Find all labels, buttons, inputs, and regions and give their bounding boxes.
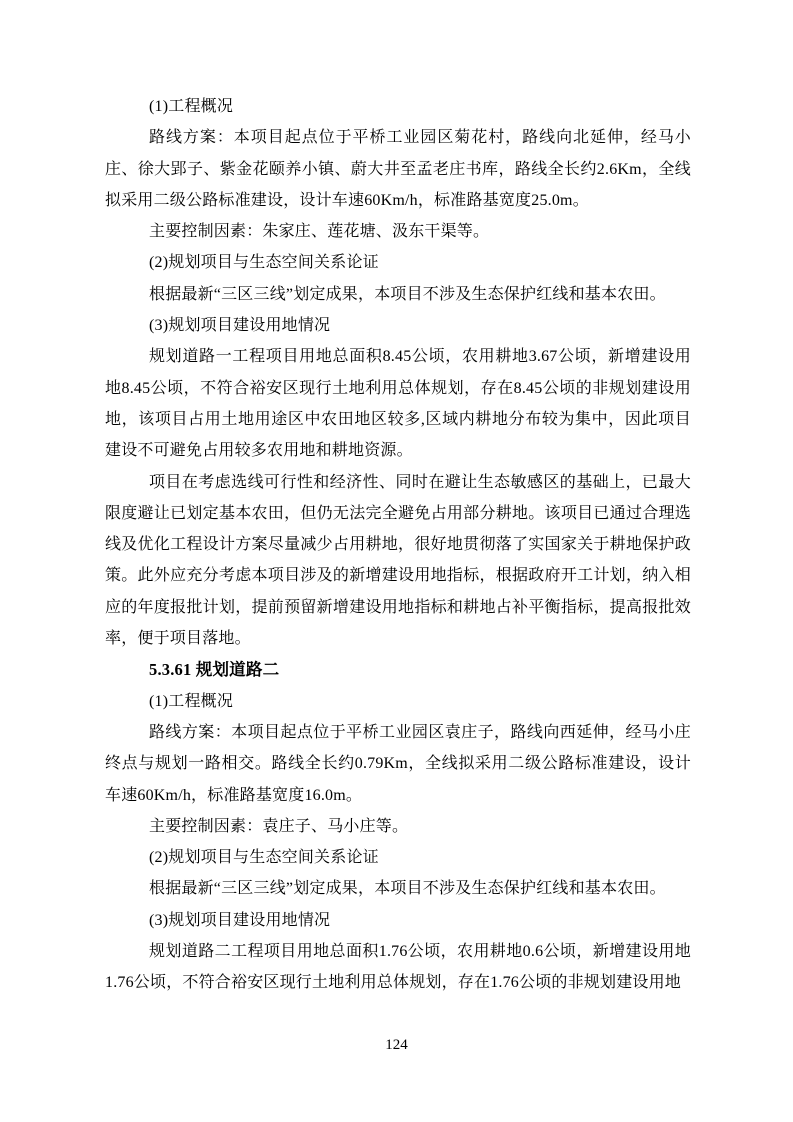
list-item-2-eco-space-road1: (2)规划项目与生态空间关系论证 xyxy=(105,247,691,278)
list-item-1-project-overview-road1: (1)工程概况 xyxy=(105,91,691,122)
page-number: 124 xyxy=(385,1037,408,1053)
paragraph-control-factors-road1: 主要控制因素：朱家庄、莲花塘、汲东干渠等。 xyxy=(105,216,691,247)
list-item-2-eco-space-road2: (2)规划项目与生态空间关系论证 xyxy=(105,842,691,873)
page-footer: 124 xyxy=(0,1036,793,1054)
paragraph-three-zones-road1: 根据最新“三区三线”划定成果，本项目不涉及生态保护红线和基本农田。 xyxy=(105,279,691,310)
section-heading-5-3-61: 5.3.61 规划道路二 xyxy=(105,654,691,685)
paragraph-land-area-road2: 规划道路二工程项目用地总面积1.76公顷，农用耕地0.6公顷，新增建设用地1.7… xyxy=(105,936,691,999)
paragraph-route-plan-road1: 路线方案：本项目起点位于平桥工业园区菊花村，路线向北延伸，经马小庄、徐大郢子、紫… xyxy=(105,122,691,216)
paragraph-route-plan-road2: 路线方案：本项目起点位于平桥工业园区袁庄子，路线向西延伸，经马小庄终点与规划一路… xyxy=(105,717,691,811)
paragraph-three-zones-road2: 根据最新“三区三线”划定成果，本项目不涉及生态保护红线和基本农田。 xyxy=(105,873,691,904)
list-item-3-land-use-road2: (3)规划项目建设用地情况 xyxy=(105,905,691,936)
document-page: (1)工程概况 路线方案：本项目起点位于平桥工业园区菊花村，路线向北延伸，经马小… xyxy=(0,0,793,1122)
list-item-1-project-overview-road2: (1)工程概况 xyxy=(105,686,691,717)
paragraph-control-factors-road2: 主要控制因素：袁庄子、马小庄等。 xyxy=(105,811,691,842)
list-item-3-land-use-road1: (3)规划项目建设用地情况 xyxy=(105,310,691,341)
paragraph-site-selection-road1: 项目在考虑选线可行性和经济性、同时在避让生态敏感区的基础上，已最大限度避让已划定… xyxy=(105,467,691,655)
paragraph-land-area-road1: 规划道路一工程项目用地总面积8.45公顷，农用耕地3.67公顷，新增建设用地8.… xyxy=(105,341,691,466)
document-body: (1)工程概况 路线方案：本项目起点位于平桥工业园区菊花村，路线向北延伸，经马小… xyxy=(105,91,691,999)
